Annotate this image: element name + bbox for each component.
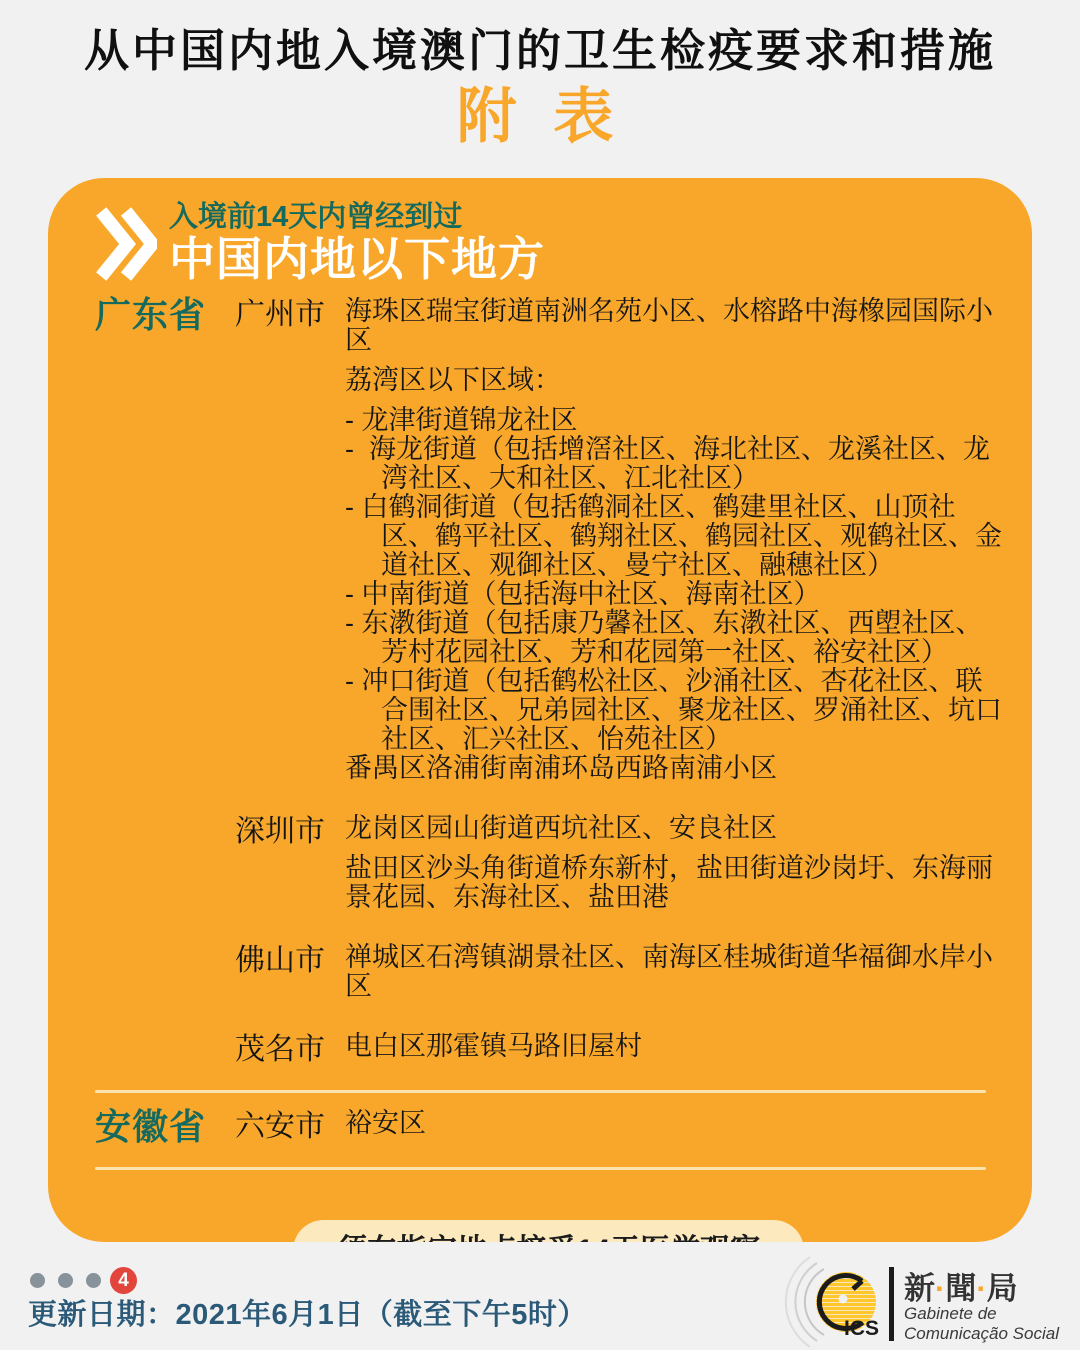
logo-pt-line2: Comunicação Social bbox=[904, 1324, 1060, 1343]
table-row: 安徽省六安市裕安区 bbox=[95, 1109, 1002, 1149]
card-header-text: 入境前14天内曾经到过 中国内地以下地方 bbox=[169, 202, 545, 285]
page-dot bbox=[58, 1273, 73, 1288]
double-chevron-right-icon bbox=[95, 206, 157, 282]
note-pill-wrap: 须在指定地点接受14天医学观察 bbox=[95, 1220, 1002, 1242]
detail-para: - 白鹤洞街道（包括鹤洞社区、鹤建里社区、山顶社区、鹤平社区、鹤翔社区、鹤园社区… bbox=[345, 493, 1002, 580]
detail-para: - 海龙街道（包括增滘社区、海北社区、龙溪社区、龙湾社区、大和社区、江北社区） bbox=[345, 435, 1002, 493]
page-indicator: 4 bbox=[30, 1267, 137, 1294]
city-label: 佛山市 bbox=[235, 944, 345, 977]
detail-para: 裕安区 bbox=[345, 1109, 1002, 1138]
detail-para: 荔湾区以下区域： bbox=[345, 366, 1002, 395]
logo-cn-title: 新·聞·局 bbox=[904, 1271, 1018, 1306]
detail-para: 海珠区瑞宝街道南洲名苑小区、水榕路中海橡园国际小区 bbox=[345, 297, 1002, 355]
detail-para: - 东漖街道（包括康乃馨社区、东漖社区、西塱社区、芳村花园社区、芳和花园第一社区… bbox=[345, 609, 1002, 667]
logo-disc-icon: ICS bbox=[816, 1272, 879, 1340]
city-label: 茂名市 bbox=[235, 1033, 345, 1066]
logo-abbr: ICS bbox=[844, 1317, 879, 1340]
card-headline: 中国内地以下地方 bbox=[169, 234, 545, 286]
city-details: 电白区那霍镇马路旧屋村 bbox=[345, 1032, 1002, 1072]
table-row: 广东省广州市海珠区瑞宝街道南洲名苑小区、水榕路中海橡园国际小区荔湾区以下区域：-… bbox=[95, 297, 1002, 794]
note-pill: 须在指定地点接受14天医学观察 bbox=[293, 1220, 804, 1242]
detail-para: 禅城区石湾镇湖景社区、南海区桂城街道华福御水岸小区 bbox=[345, 943, 1002, 1001]
city-details: 龙岗区园山街道西坑社区、安良社区盐田区沙头角街道桥东新村，盐田街道沙岗圩、东海丽… bbox=[345, 814, 1002, 923]
detail-para: - 中南街道（包括海中社区、海南社区） bbox=[345, 580, 1002, 609]
current-page-badge: 4 bbox=[110, 1267, 137, 1294]
gcs-logo: ICS 新·聞·局 Gabinete de Comunicação Social bbox=[780, 1255, 1076, 1350]
page-dots bbox=[30, 1273, 101, 1288]
detail-para: 番禺区洛浦街南浦环岛西路南浦小区 bbox=[345, 754, 1002, 783]
logo-pt-line1: Gabinete de bbox=[904, 1304, 997, 1323]
regions-table: 广东省广州市海珠区瑞宝街道南洲名苑小区、水榕路中海橡园国际小区荔湾区以下区域：-… bbox=[95, 297, 1002, 1170]
detail-para: 盐田区沙头角街道桥东新村，盐田街道沙岗圩、东海丽景花园、东海社区、盐田港 bbox=[345, 854, 1002, 912]
page-subtitle: 附 表 bbox=[0, 84, 1080, 150]
table-row: 茂名市电白区那霍镇马路旧屋村 bbox=[95, 1032, 1002, 1072]
city-label: 六安市 bbox=[235, 1110, 345, 1143]
province-label: 安徽省 bbox=[95, 1109, 235, 1145]
city-details: 海珠区瑞宝街道南洲名苑小区、水榕路中海橡园国际小区荔湾区以下区域：- 龙津街道锦… bbox=[345, 297, 1002, 794]
page-dot bbox=[30, 1273, 45, 1288]
detail-para: - 冲口街道（包括鹤松社区、沙涌社区、杏花社区、联合围社区、兄弟园社区、聚龙社区… bbox=[345, 667, 1002, 754]
divider bbox=[95, 1090, 986, 1093]
logo-divider-bar bbox=[889, 1267, 894, 1341]
table-row: 佛山市禅城区石湾镇湖景社区、南海区桂城街道华福御水岸小区 bbox=[95, 943, 1002, 1012]
province-block: 安徽省六安市裕安区 bbox=[95, 1109, 1002, 1149]
info-card: 入境前14天内曾经到过 中国内地以下地方 广东省广州市海珠区瑞宝街道南洲名苑小区… bbox=[48, 178, 1032, 1242]
city-details: 禅城区石湾镇湖景社区、南海区桂城街道华福御水岸小区 bbox=[345, 943, 1002, 1012]
detail-para: 电白区那霍镇马路旧屋村 bbox=[345, 1032, 1002, 1061]
table-row: 深圳市龙岗区园山街道西坑社区、安良社区盐田区沙头角街道桥东新村，盐田街道沙岗圩、… bbox=[95, 814, 1002, 923]
page-dot bbox=[86, 1273, 101, 1288]
card-kicker: 入境前14天内曾经到过 bbox=[169, 202, 545, 234]
city-label: 深圳市 bbox=[235, 815, 345, 848]
page-title: 从中国内地入境澳门的卫生检疫要求和措施 bbox=[0, 26, 1080, 76]
province-block: 广东省广州市海珠区瑞宝街道南洲名苑小区、水榕路中海橡园国际小区荔湾区以下区域：-… bbox=[95, 297, 1002, 1072]
city-details: 裕安区 bbox=[345, 1109, 1002, 1149]
divider bbox=[95, 1167, 986, 1170]
detail-para: - 龙津街道锦龙社区 bbox=[345, 406, 1002, 435]
card-header: 入境前14天内曾经到过 中国内地以下地方 bbox=[95, 202, 1002, 285]
update-date: 更新日期：2021年6月1日（截至下午5时） bbox=[28, 1292, 587, 1333]
city-label: 广州市 bbox=[235, 298, 345, 331]
detail-para: 龙岗区园山街道西坑社区、安良社区 bbox=[345, 814, 1002, 843]
province-label: 广东省 bbox=[95, 297, 235, 333]
